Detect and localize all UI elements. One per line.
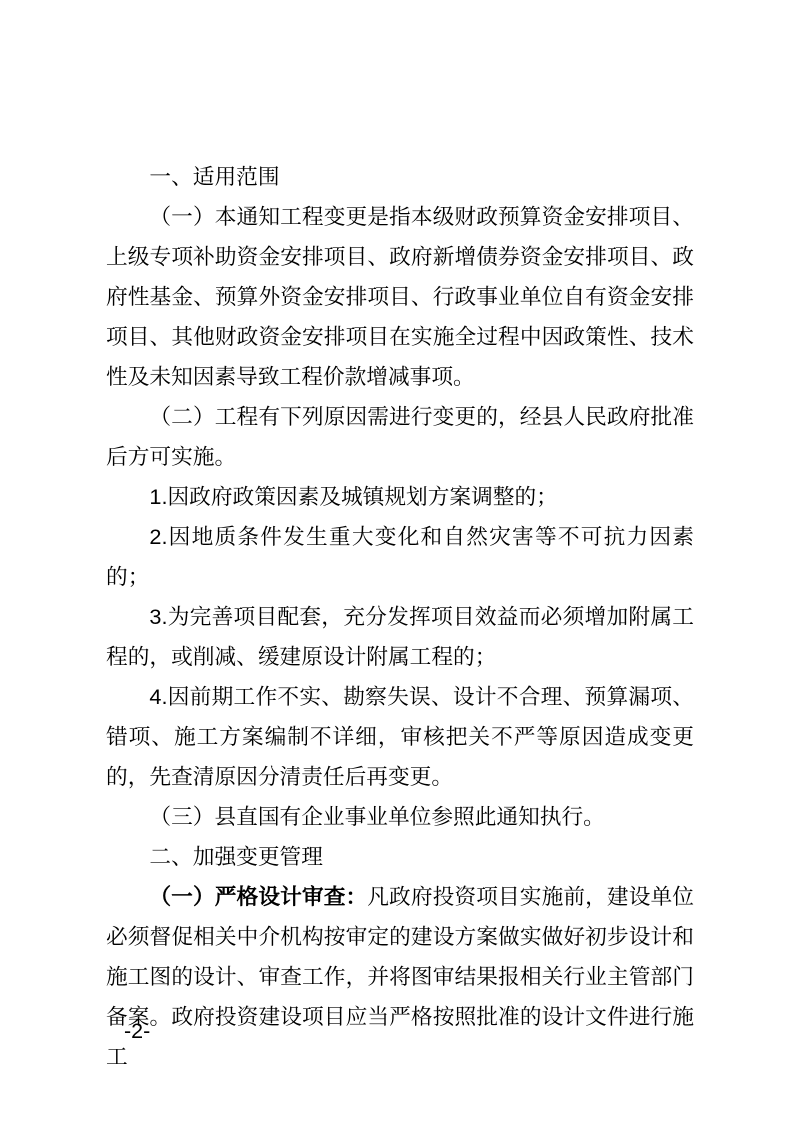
section-1-heading: 一、适用范围 (106, 157, 694, 197)
text-run: （一）本通知工程变更是指本级财政预算资金安排项目、上级专项补助资金安排项目、政府… (106, 204, 694, 389)
text-run: 凡政府投资项目实施前，建设单位必须督促相关中介机构按审定的建设方案做实做好初步设… (106, 884, 694, 1069)
text-run: （二）工程有下列原因需进行变更的，经县人民政府批准后方可实施。 (106, 404, 694, 469)
para-1-3: （三）县直国有企业事业单位参照此通知执行。 (106, 797, 694, 837)
list-item-4: 4.因前期工作不实、勘察失误、设计不合理、预算漏项、错项、施工方案编制不详细，审… (106, 677, 694, 797)
text-run: 4.因前期工作不实、勘察失误、设计不合理、预算漏项、错项、施工方案编制不详细，审… (106, 684, 694, 789)
list-item-3: 3.为完善项目配套，充分发挥项目效益而必须增加附属工程的，或削减、缓建原设计附属… (106, 597, 694, 677)
text-run: 一、适用范围 (149, 164, 279, 189)
document-page: 一、适用范围（一）本通知工程变更是指本级财政预算资金安排项目、上级专项补助资金安… (0, 0, 793, 1122)
list-item-1: 1.因政府政策因素及城镇规划方案调整的； (106, 477, 694, 517)
text-run: 3.为完善项目配套，充分发挥项目效益而必须增加附属工程的，或削减、缓建原设计附属… (106, 604, 694, 669)
text-run: （一）严格设计审查： (149, 884, 367, 909)
text-run: （三）县直国有企业事业单位参照此通知执行。 (149, 804, 604, 829)
para-1-1: （一）本通知工程变更是指本级财政预算资金安排项目、上级专项补助资金安排项目、政府… (106, 197, 694, 397)
page-number: -2- (124, 1017, 150, 1045)
text-run: 二、加强变更管理 (149, 844, 323, 869)
text-run: 2.因地质条件发生重大变化和自然灾害等不可抗力因素的； (106, 524, 694, 589)
section-2-heading: 二、加强变更管理 (106, 837, 694, 877)
document-body: 一、适用范围（一）本通知工程变更是指本级财政预算资金安排项目、上级专项补助资金安… (106, 157, 694, 1077)
text-run: 1.因政府政策因素及城镇规划方案调整的； (149, 484, 557, 509)
list-item-2: 2.因地质条件发生重大变化和自然灾害等不可抗力因素的； (106, 517, 694, 597)
para-1-2: （二）工程有下列原因需进行变更的，经县人民政府批准后方可实施。 (106, 397, 694, 477)
para-2-1: （一）严格设计审查：凡政府投资项目实施前，建设单位必须督促相关中介机构按审定的建… (106, 877, 694, 1077)
